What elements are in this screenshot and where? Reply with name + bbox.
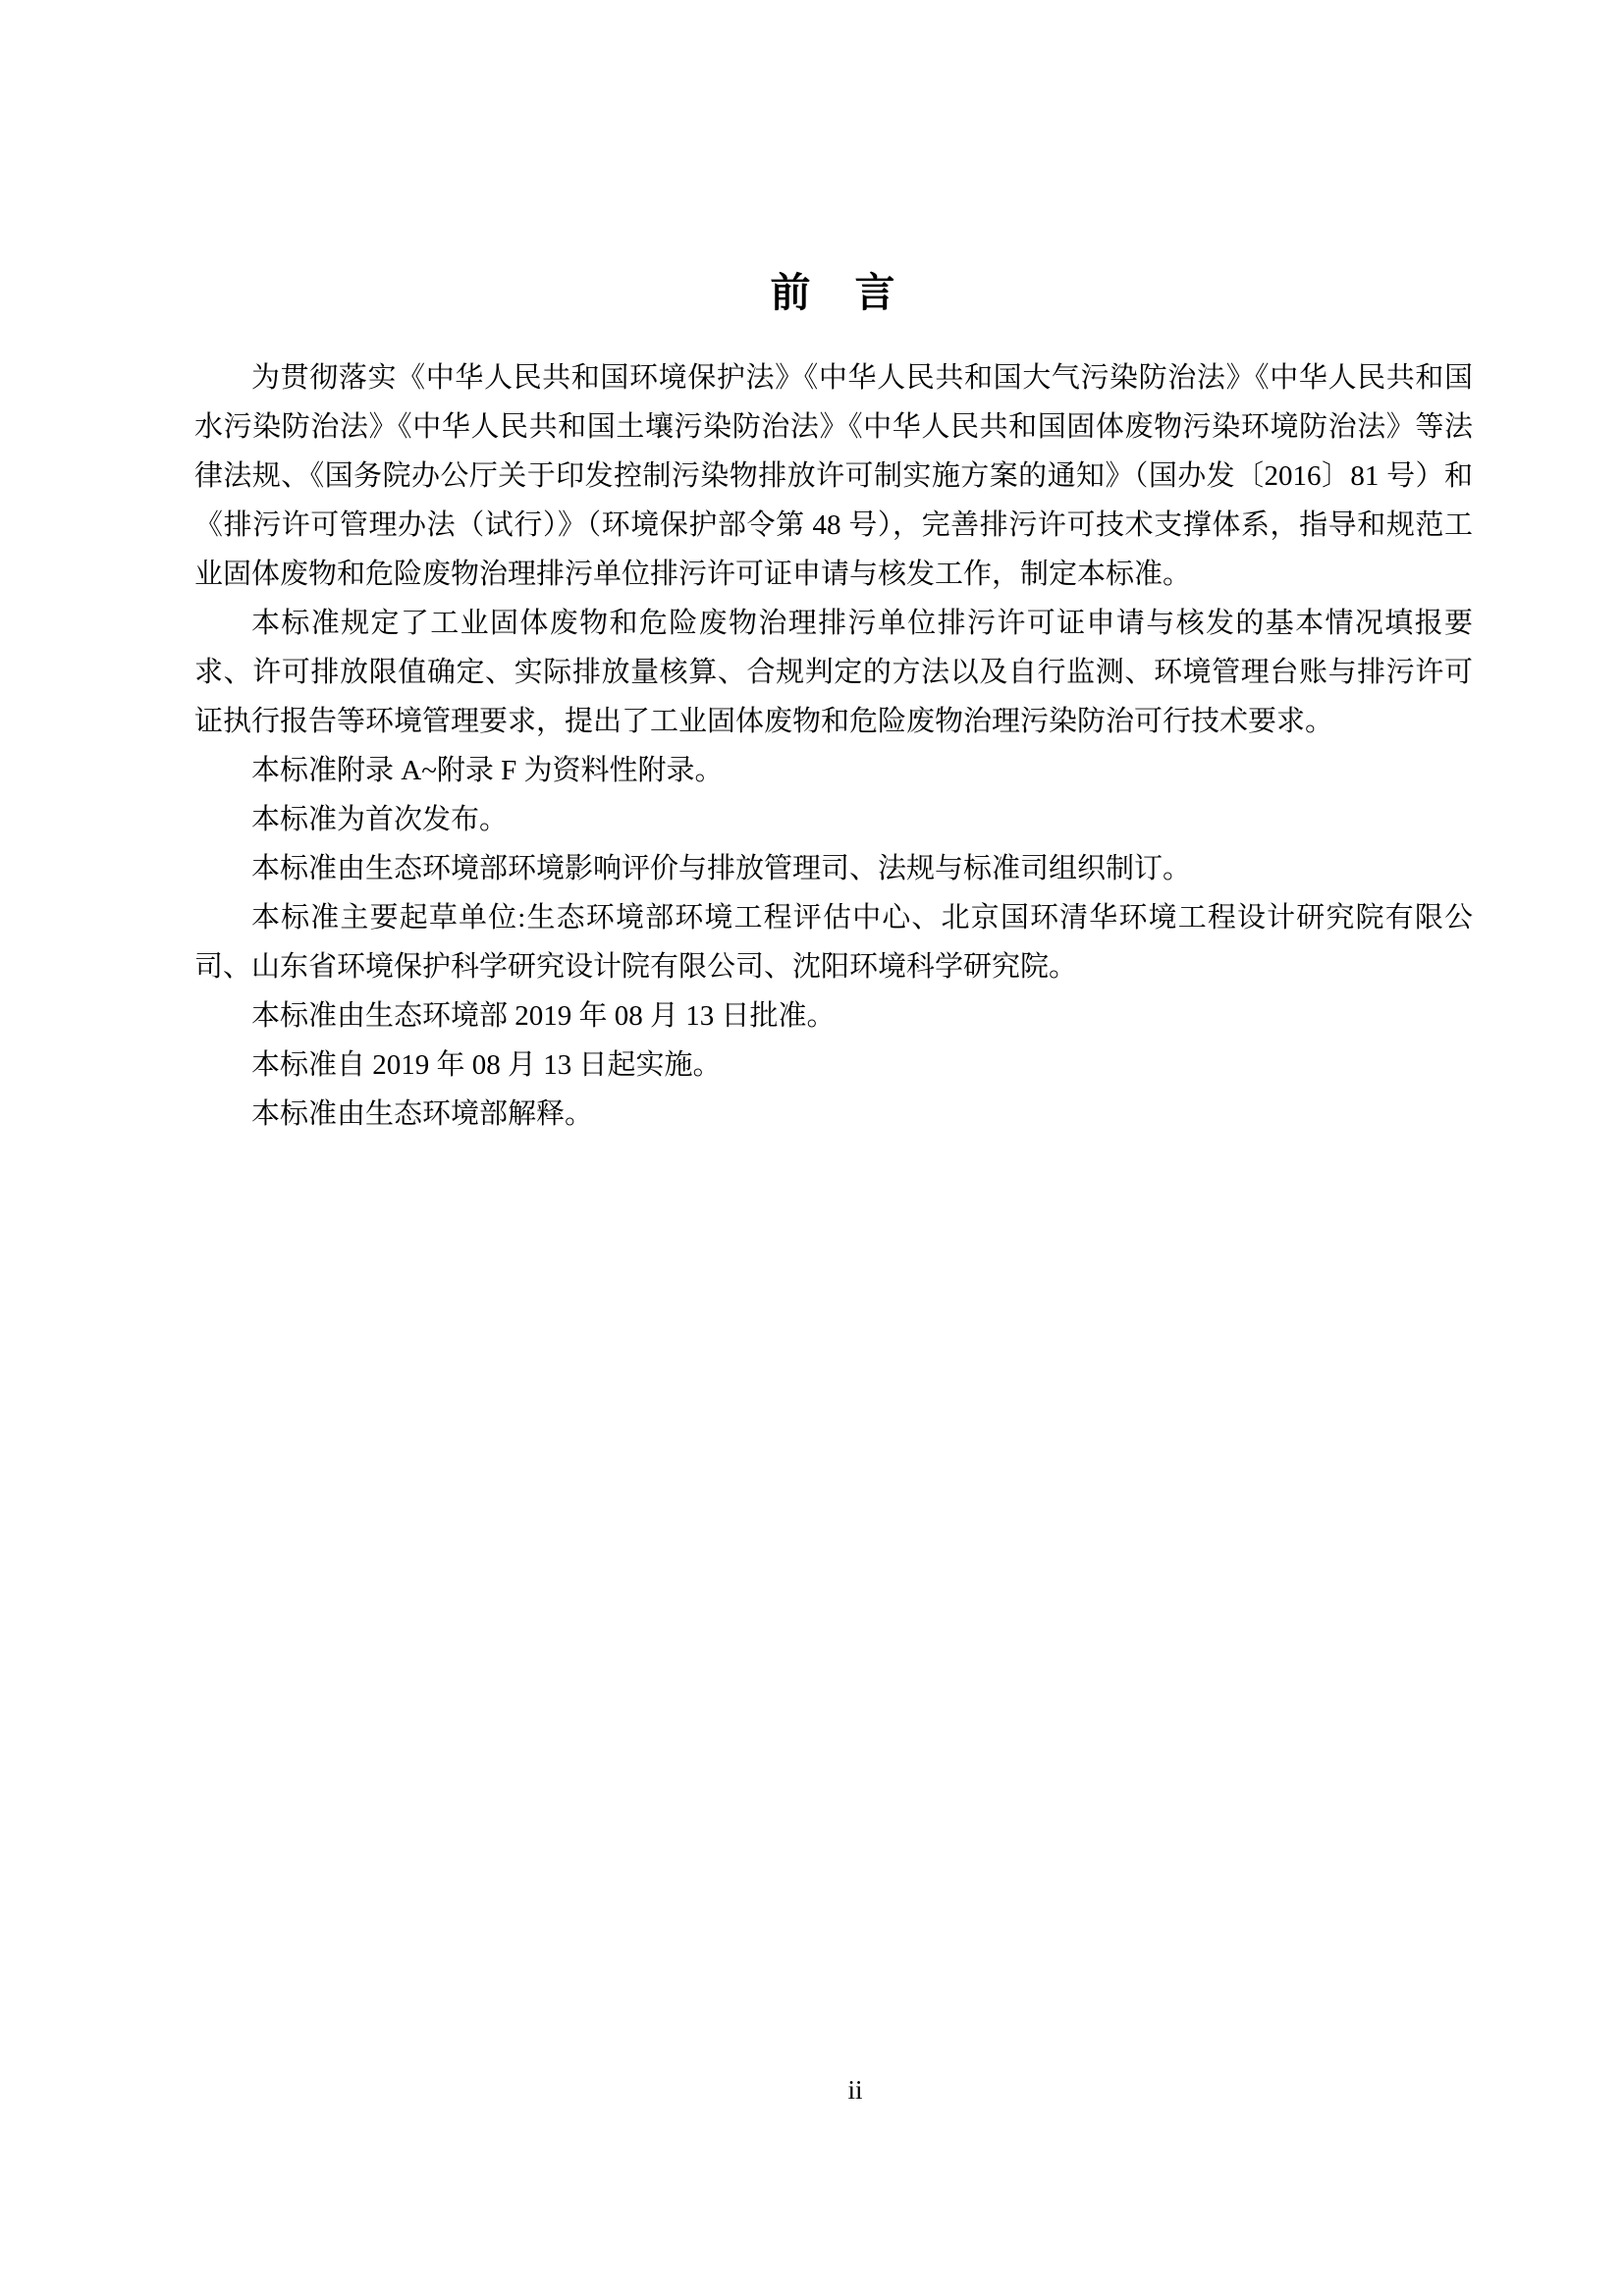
page-title: 前 言 xyxy=(194,269,1473,316)
document-page: 前 言 为贯彻落实《中华人民共和国环境保护法》《中华人民共和国大气污染防治法》《… xyxy=(0,0,1624,2296)
preface-paragraph: 本标准为首次发布。 xyxy=(194,795,1473,844)
preface-paragraph: 本标准主要起草单位:生态环境部环境工程评估中心、北京国环清华环境工程设计研究院有… xyxy=(194,893,1473,991)
preface-body: 为贯彻落实《中华人民共和国环境保护法》《中华人民共和国大气污染防治法》《中华人民… xyxy=(194,353,1473,1139)
preface-paragraph: 本标准附录 A~附录 F 为资料性附录。 xyxy=(194,746,1473,795)
preface-paragraph: 本标准自 2019 年 08 月 13 日起实施。 xyxy=(194,1041,1473,1090)
page-number: ii xyxy=(806,2073,904,2107)
preface-paragraph: 本标准规定了工业固体废物和危险废物治理排污单位排污许可证申请与核发的基本情况填报… xyxy=(194,599,1473,746)
preface-paragraph: 本标准由生态环境部 2019 年 08 月 13 日批准。 xyxy=(194,991,1473,1041)
preface-paragraph: 为贯彻落实《中华人民共和国环境保护法》《中华人民共和国大气污染防治法》《中华人民… xyxy=(194,353,1473,599)
preface-paragraph: 本标准由生态环境部环境影响评价与排放管理司、法规与标准司组织制订。 xyxy=(194,844,1473,893)
preface-paragraph: 本标准由生态环境部解释。 xyxy=(194,1090,1473,1139)
